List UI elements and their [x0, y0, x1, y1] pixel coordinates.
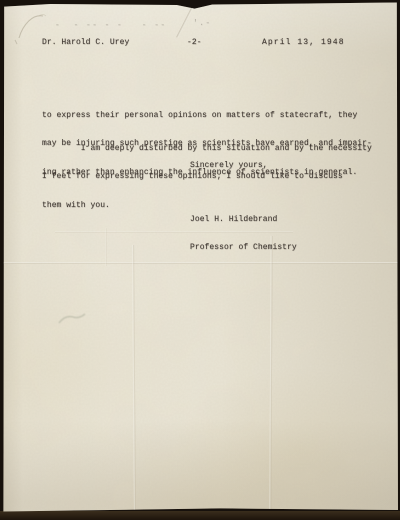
crease-vertical-left: [132, 245, 136, 512]
pencil-smudge-mark: [53, 310, 93, 330]
header-recipient: Dr. Harold C. Urey: [42, 38, 129, 47]
scanned-letter-photo: - - -- - - - -- '.- Dr. Harold C. Urey -…: [0, 0, 400, 520]
body-line: I feel for expressing these opinions; I …: [42, 172, 372, 182]
letter-paper: - - -- - - - -- '.- Dr. Harold C. Urey -…: [3, 2, 398, 512]
signature-name: Joel H. Hildebrand: [190, 215, 297, 225]
body-line: I am deeply disturbed by this situation …: [42, 144, 372, 154]
body-line: to express their personal opinions on ma…: [42, 111, 372, 121]
faded-typing-marks-left: - - -- - - - --: [55, 21, 167, 30]
closing-line: Sincerely yours,: [190, 161, 268, 170]
crease-vertical-left-upper: [105, 228, 107, 266]
header-date: April 13, 1948: [262, 38, 345, 47]
signature-block: Joel H. Hildebrand Professor of Chemistr…: [190, 197, 297, 272]
signature-title: Professor of Chemistry: [190, 243, 297, 253]
faded-typing-marks-right: '.-: [193, 19, 212, 28]
crease-vertical-right: [269, 236, 272, 512]
photo-background-bottom-edge: [0, 511, 400, 520]
header-page-number: -2-: [187, 38, 202, 47]
